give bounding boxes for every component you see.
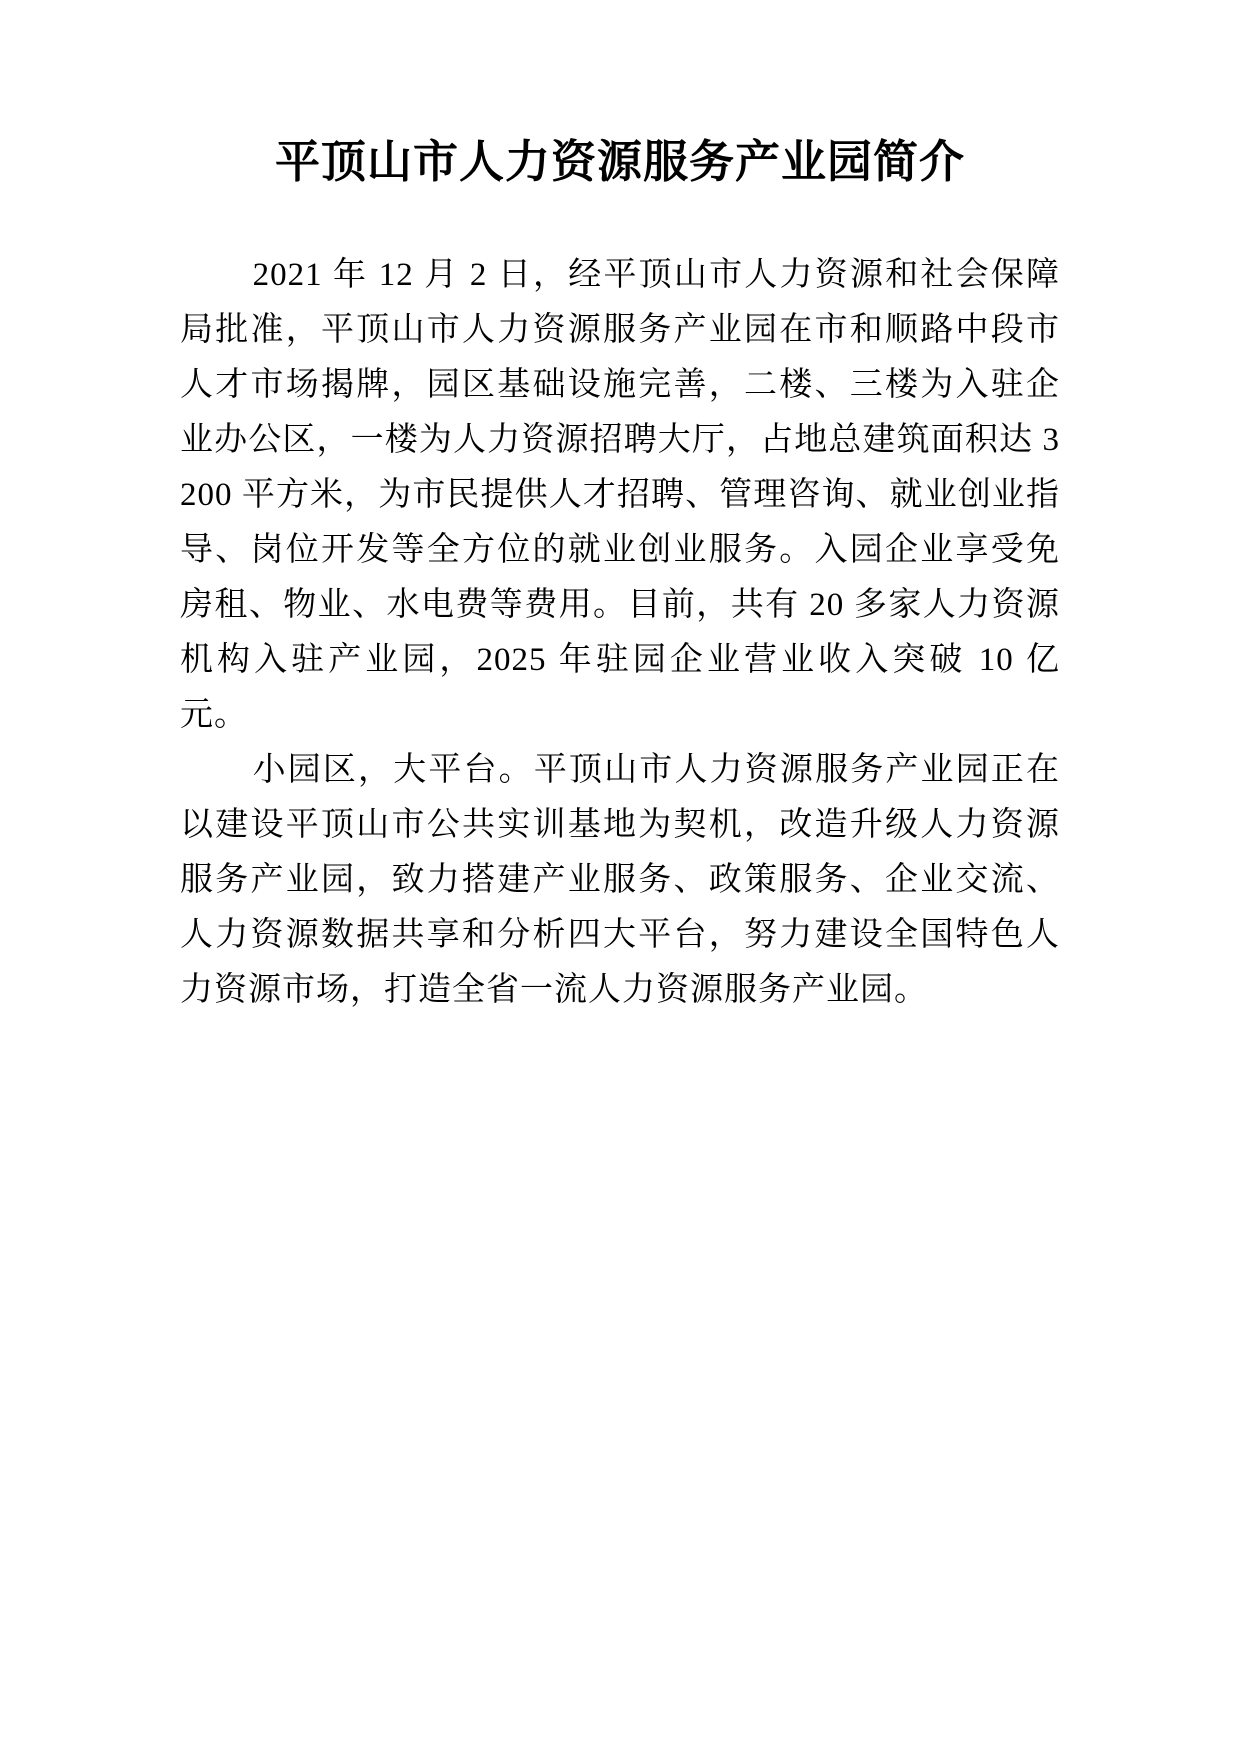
document-body: 2021 年 12 月 2 日，经平顶山市人力资源和社会保障局批准，平顶山市人力… bbox=[180, 248, 1060, 1018]
paragraph-platform: 小园区，大平台。平顶山市人力资源服务产业园正在以建设平顶山市公共实训基地为契机，… bbox=[180, 743, 1060, 1018]
document-page: 平顶山市人力资源服务产业园简介 2021 年 12 月 2 日，经平顶山市人力资… bbox=[0, 0, 1240, 1754]
paragraph-overview: 2021 年 12 月 2 日，经平顶山市人力资源和社会保障局批准，平顶山市人力… bbox=[180, 248, 1060, 743]
document-title: 平顶山市人力资源服务产业园简介 bbox=[180, 126, 1060, 198]
document-content: 平顶山市人力资源服务产业园简介 2021 年 12 月 2 日，经平顶山市人力资… bbox=[180, 0, 1060, 1018]
